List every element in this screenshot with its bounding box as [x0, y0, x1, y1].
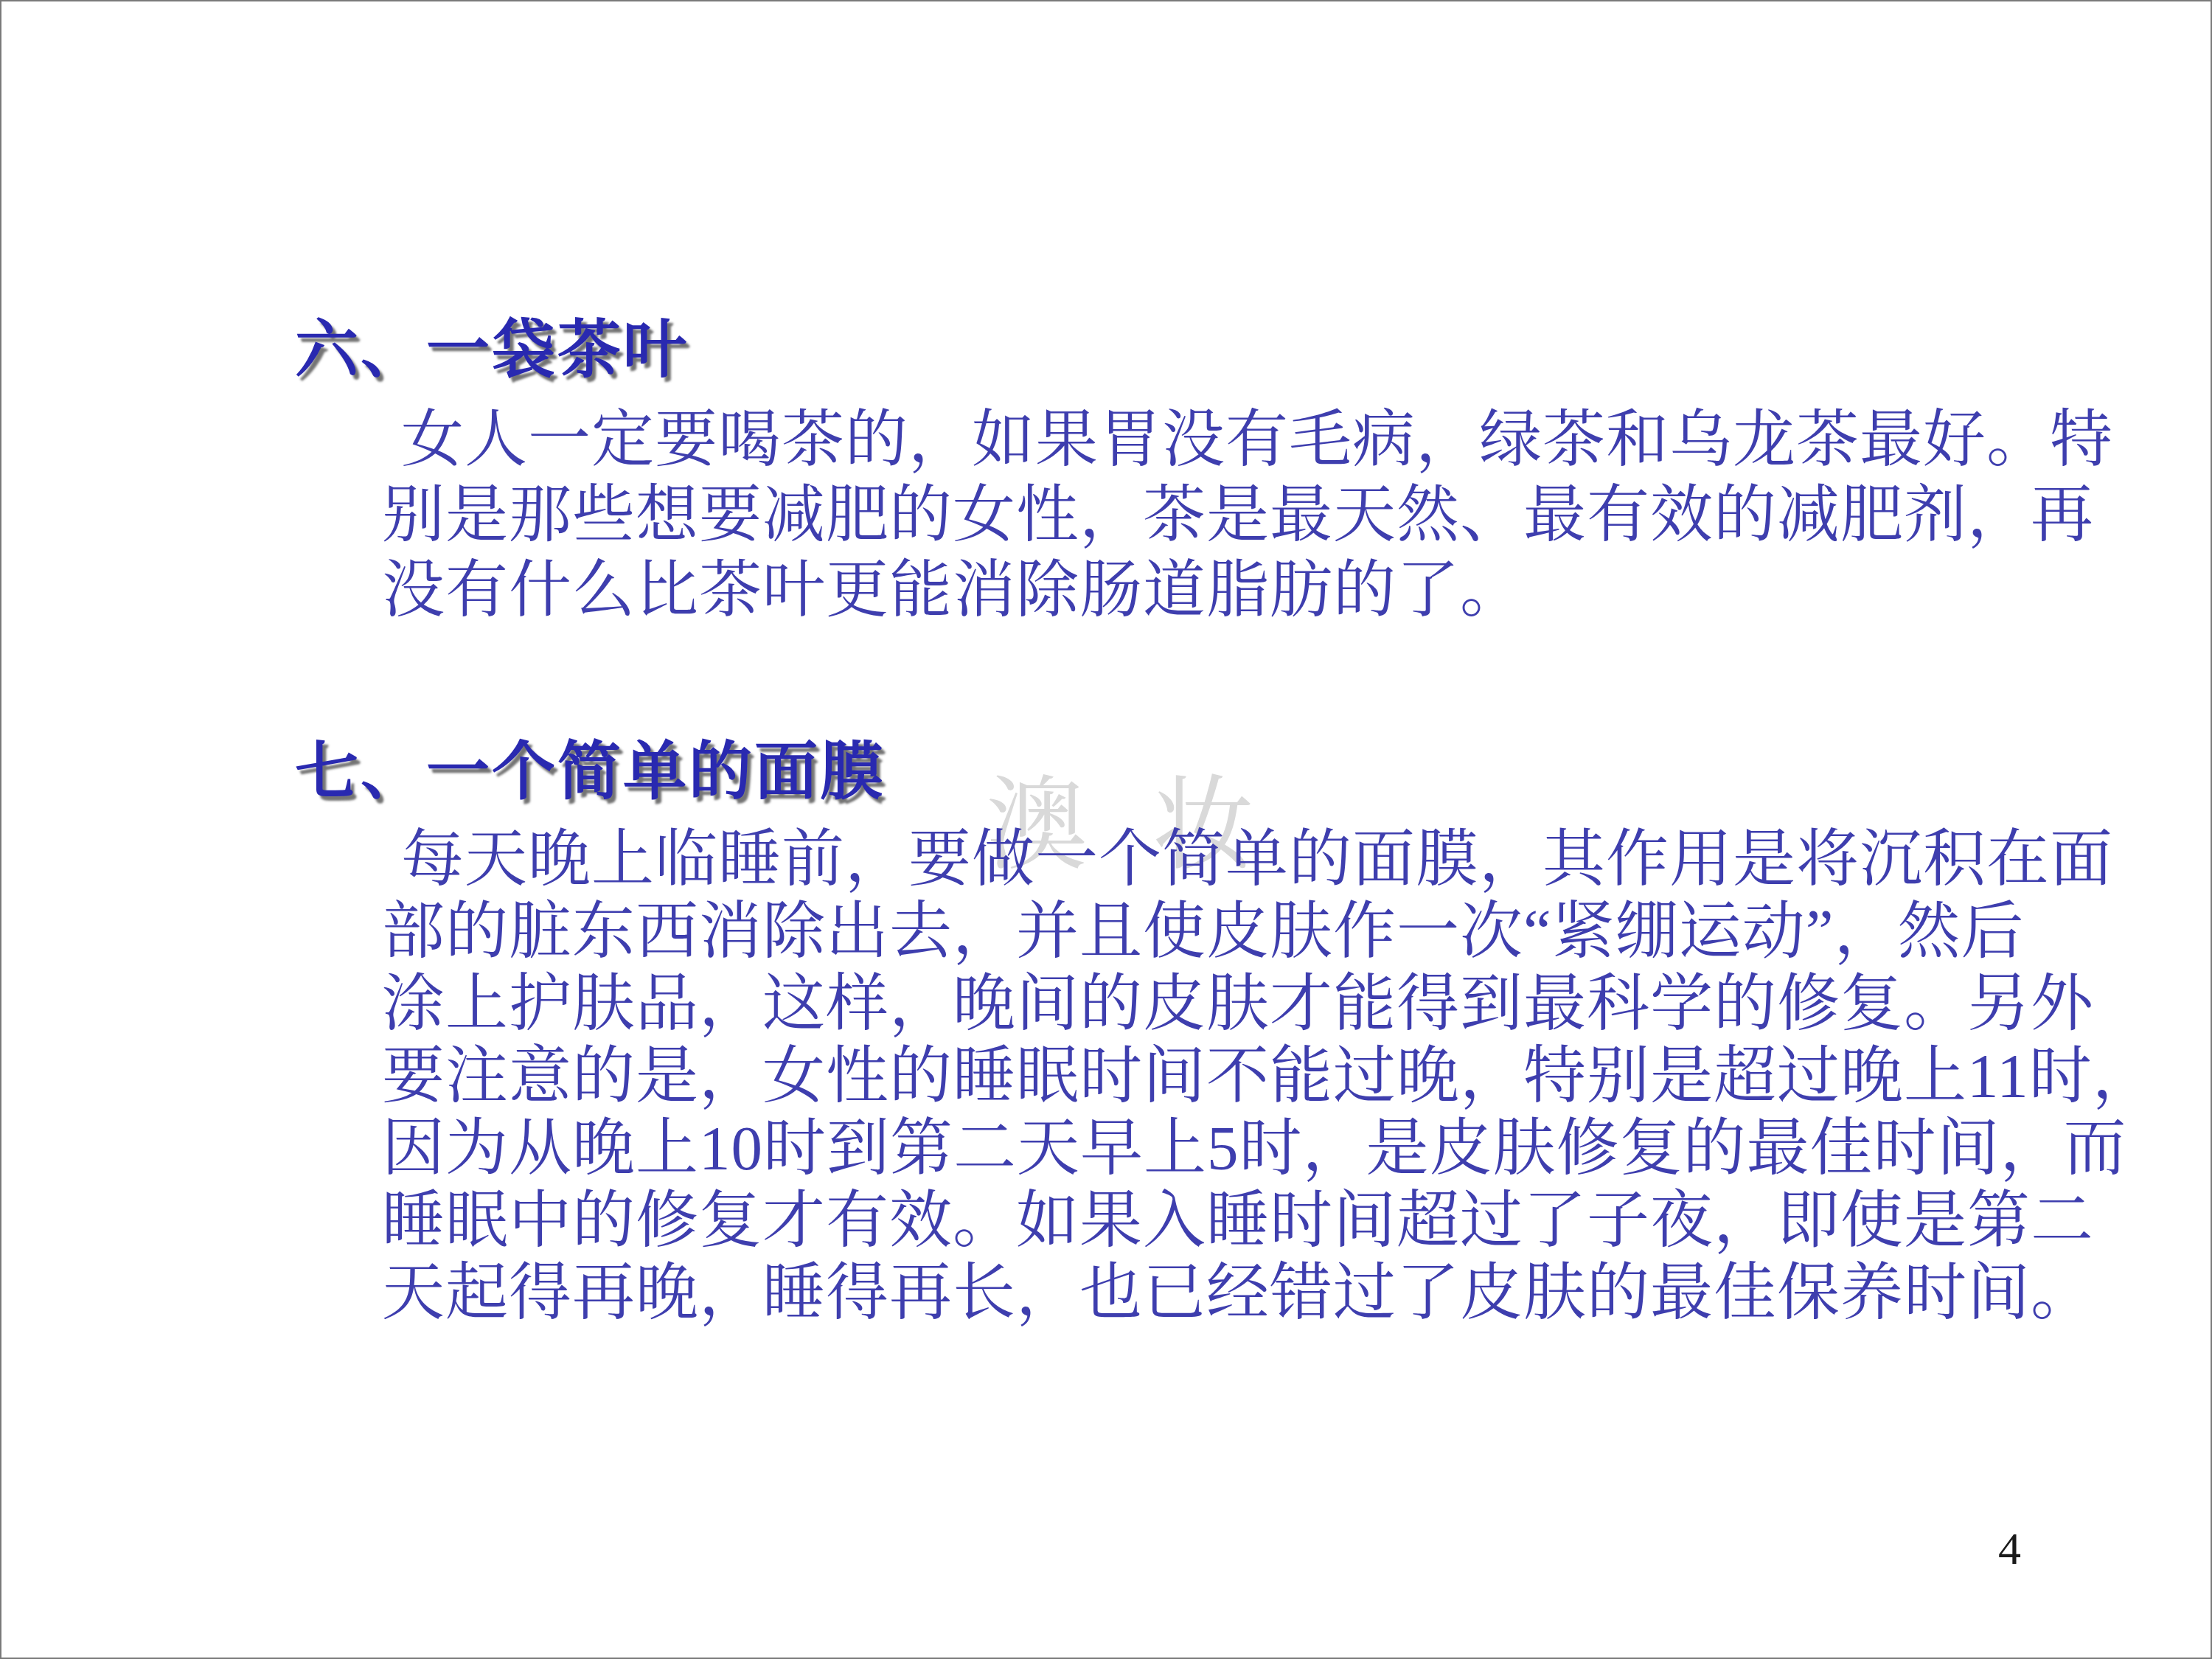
- section-paragraph-facemask: 每天晚上临睡前，要做一个简单的面膜，其作用是将沉积在面 部的脏东西消除出去，并且…: [382, 824, 2156, 1329]
- watermark: 澳 妆: [986, 774, 1257, 876]
- slide: 澳 妆 六、一袋茶叶 女人一定要喝茶的，如果胃没有毛病，绿茶和乌龙茶最好。特 别…: [0, 0, 2212, 1659]
- section-heading-tea: 六、一袋茶叶: [295, 319, 689, 382]
- section-heading-facemask: 七、一个简单的面膜: [295, 740, 886, 804]
- page-number: 4: [1998, 1526, 2021, 1572]
- section-paragraph-tea: 女人一定要喝茶的，如果胃没有毛病，绿茶和乌龙茶最好。特 别是那些想要减肥的女性，…: [382, 403, 2113, 628]
